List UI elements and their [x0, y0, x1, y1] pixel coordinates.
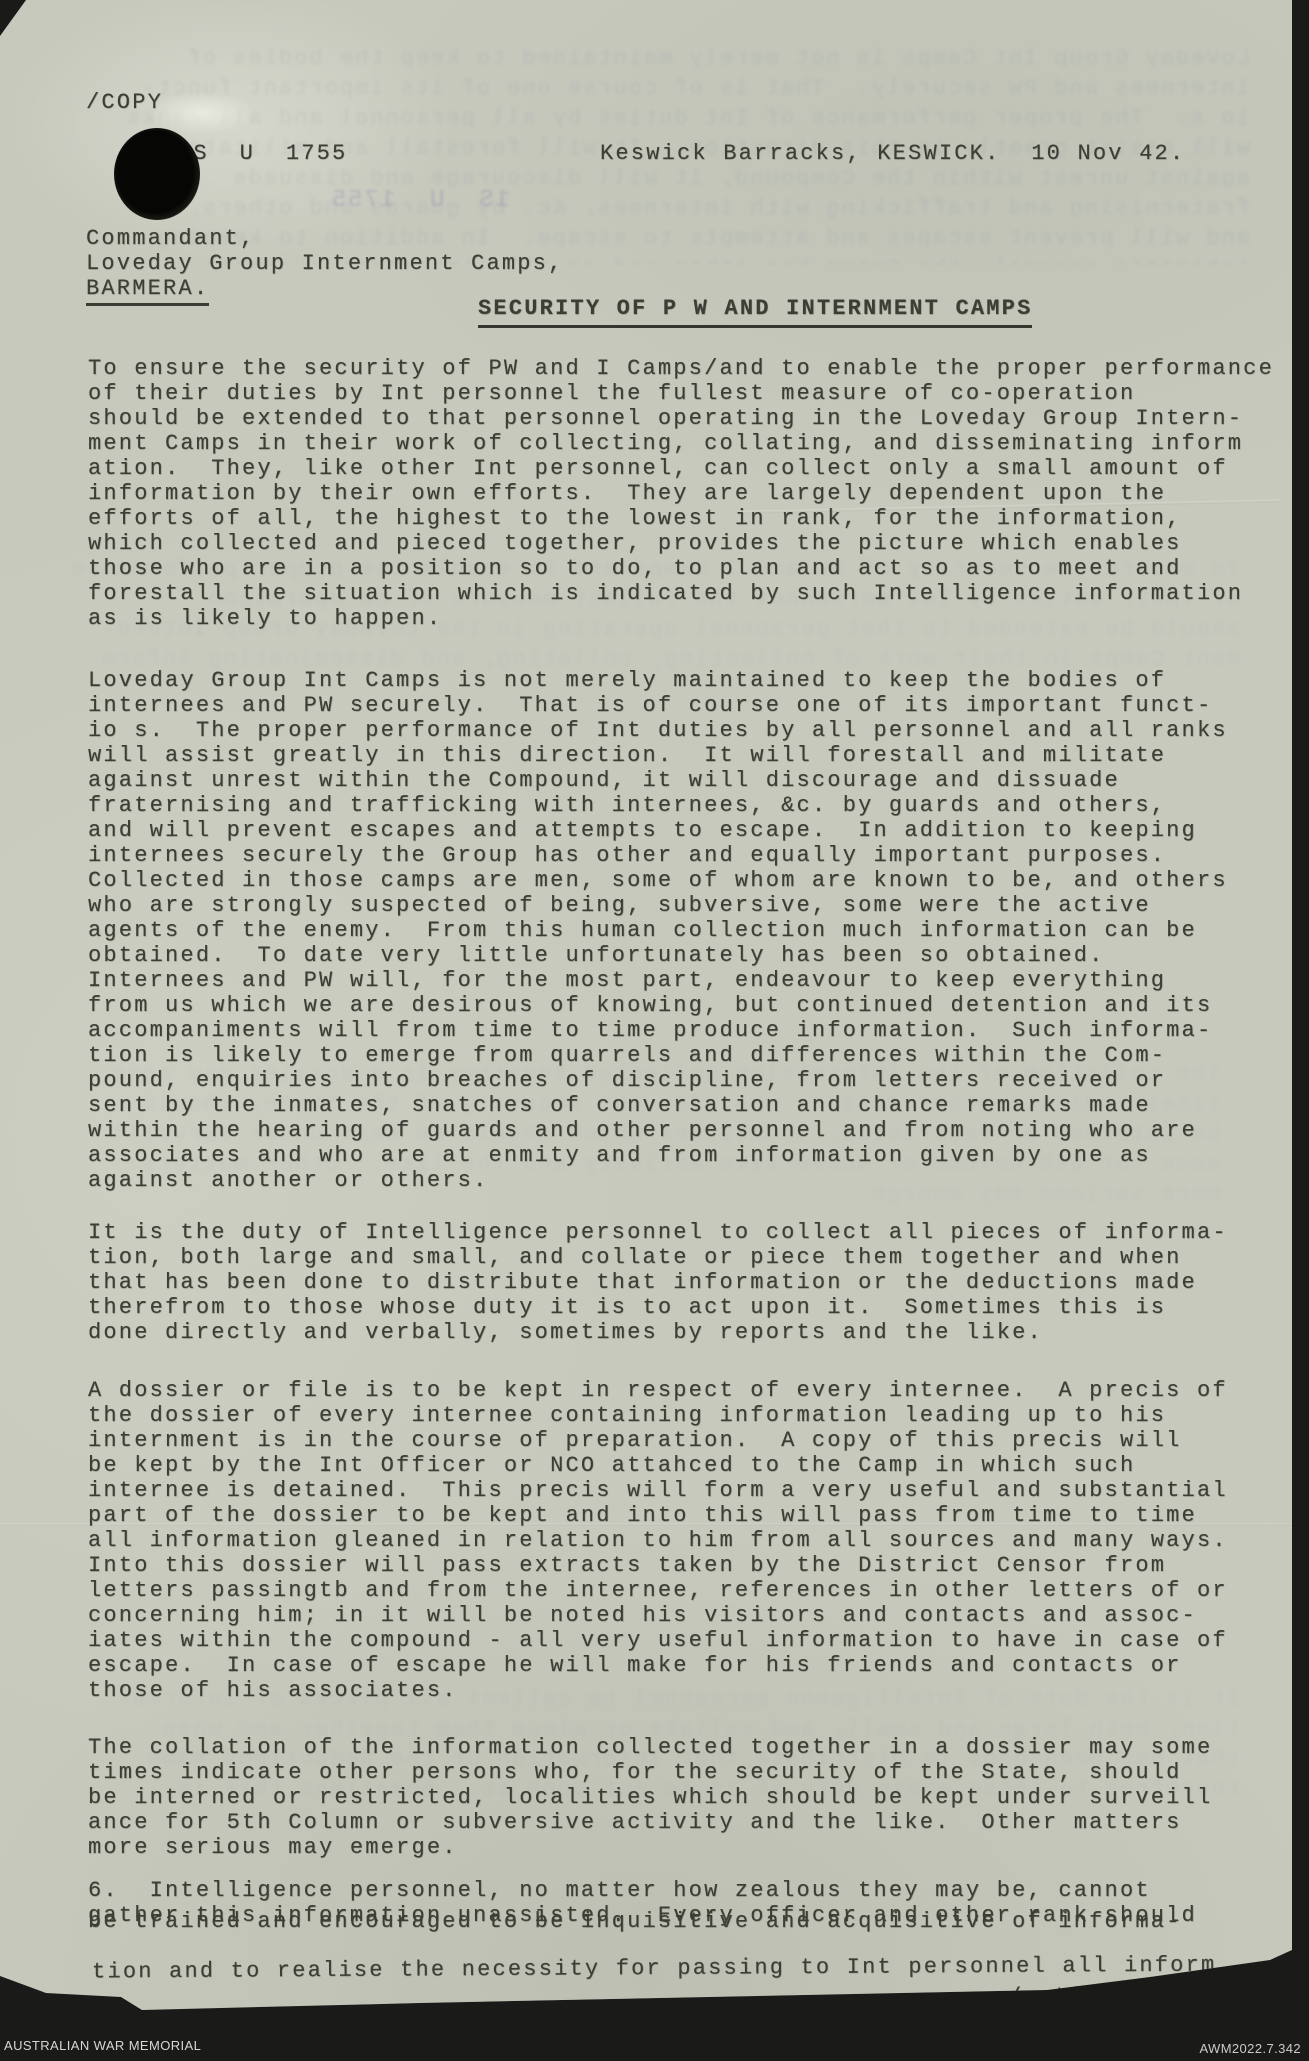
catalog-number-label: AWM2022.7.342 [1199, 2041, 1301, 2056]
paragraph-5: The collation of the information collect… [88, 1735, 1212, 1860]
copy-mark: /COPY [86, 90, 163, 115]
bleed-through-stamp: 1S U 1755 [150, 186, 510, 226]
paragraph-6-overstruck-line: be trained and encouraged to be inquisit… [88, 1909, 1182, 1934]
catchword: / ation [1008, 1984, 1116, 2010]
reference-number: 1S U 1755 [178, 141, 347, 166]
paragraph-2: Loveday Group Int Camps is not merely ma… [88, 668, 1228, 1193]
dateline: Keswick Barracks, KESWICK. 10 Nov 42. [600, 141, 1185, 166]
document-title: SECURITY OF P W AND INTERNMENT CAMPS [478, 296, 1032, 328]
paragraph-4: A dossier or file is to be kept in respe… [88, 1378, 1228, 1703]
archive-name-label: AUSTRALIAN WAR MEMORIAL [4, 2038, 201, 2053]
paragraph-1: To ensure the security of PW and I Camps… [88, 356, 1274, 631]
document-page: Loveday Group Int Camps is not merely ma… [0, 0, 1292, 2061]
paragraph-3: It is the duty of Intelligence personnel… [88, 1220, 1228, 1345]
punch-hole [114, 128, 200, 220]
addressee-location: BARMERA. [86, 276, 209, 306]
scan-backdrop: { "document": { "copy_mark": "/COPY", "r… [0, 0, 1309, 2061]
addressee-name: Commandant, [86, 226, 255, 251]
paragraph-6-final-line: tion and to realise the necessity for pa… [92, 1953, 1216, 1985]
addressee-unit: Loveday Group Internment Camps, [86, 251, 563, 276]
